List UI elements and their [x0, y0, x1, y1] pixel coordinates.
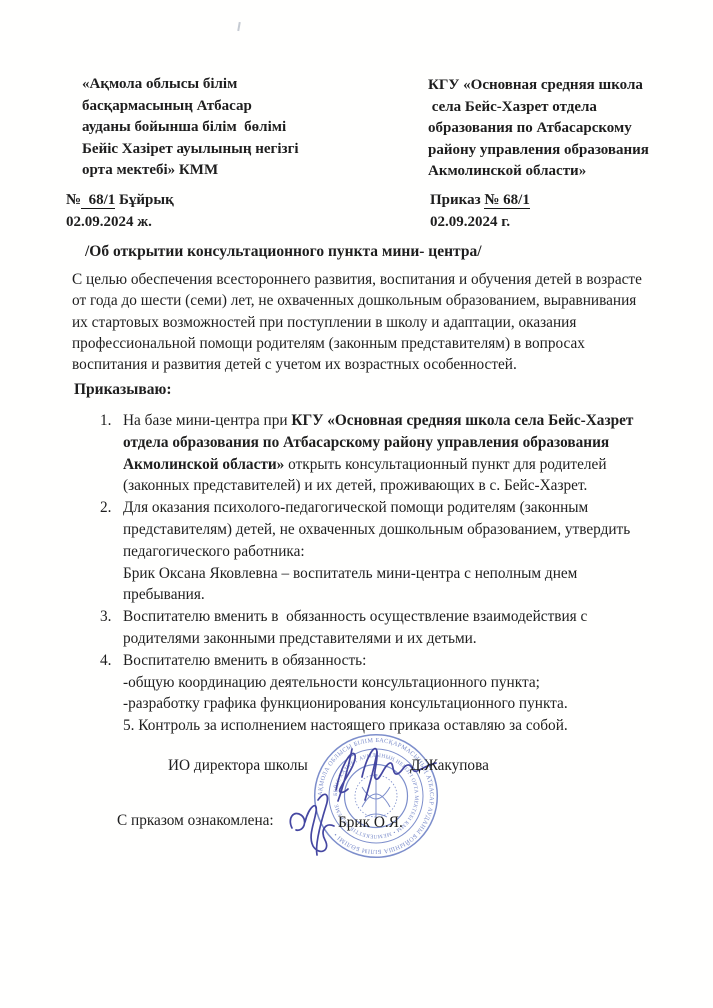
item-number: 2. — [100, 497, 123, 606]
order-item: 3.Воспитателю вменить в обязанность осущ… — [100, 606, 680, 650]
order-title: /Об открытии консультационного пункта ми… — [85, 243, 482, 261]
text-line: Воспитателю вменить в обязанность: — [123, 650, 680, 672]
order-date-ru: 02.09.2024 г. — [430, 212, 530, 234]
handwritten-signatures — [270, 715, 450, 875]
text-line: родителями законными представителями и и… — [123, 628, 680, 650]
order-item: 4.Воспитателю вменить в обязанность:-общ… — [100, 650, 680, 737]
order-word-kk: Бұйрық — [115, 192, 174, 208]
text-line: С целью обеспечения всестороннего развит… — [72, 269, 692, 290]
text-line: Акмолинской области» — [428, 161, 688, 183]
text-line: представителям) детей, не охваченных дош… — [123, 519, 680, 541]
text-line: пребывания. — [123, 584, 680, 606]
order-word-ru: Приказ — [430, 192, 484, 208]
text-line: Брик Оксана Яковлевна – воспитатель мини… — [123, 563, 680, 585]
director-signature-label: ИО директора школы — [168, 757, 308, 775]
text-line: (законных представителей) и их детей, пр… — [123, 475, 680, 497]
text-line: педагогического работника: — [123, 541, 680, 563]
order-number-line-ru: Приказ № 68/1 — [430, 190, 530, 212]
org-name-russian: КГУ «Основная средняя школа села Бейс-Ха… — [428, 75, 688, 183]
item-text: Воспитателю вменить в обязанность:-общую… — [123, 650, 680, 737]
scan-artifact-mark — [237, 22, 241, 31]
text-line: Бейіс Хазірет ауылының негізгі — [82, 139, 372, 161]
svg-text:АҚМОЛА ОБЛЫСЫ БІЛІМ БАСҚАРМАСЫ: АҚМОЛА ОБЛЫСЫ БІЛІМ БАСҚАРМАСЫНЫҢ АТБАСА… — [317, 737, 435, 855]
order-number-russian: Приказ № 68/1 02.09.2024 г. — [430, 190, 530, 233]
order-items: 1.На базе мини-центра при КГУ «Основная … — [100, 410, 680, 737]
text-line: воспитания и развития детей с учетом их … — [72, 354, 692, 375]
text-line: села Бейс-Хазрет отдела — [428, 97, 688, 119]
text-line: ауданы бойынша білім бөлімі — [82, 117, 372, 139]
numero-sign: № — [66, 192, 81, 208]
text-line: Акмолинской области» открыть консультаци… — [123, 454, 680, 476]
text-line: 5. Контроль за исполнением настоящего пр… — [123, 715, 680, 737]
text-line: профессиональной помощи родителям (закон… — [72, 333, 692, 354]
text-line: отдела образования по Атбасарскому район… — [123, 432, 680, 454]
item-text: Для оказания психолого-педагогической по… — [123, 497, 680, 606]
acknowledgement-signature-icon — [290, 794, 334, 855]
text-line: КГУ «Основная средняя школа — [428, 75, 688, 97]
order-number-kazakh: № 68/1 Бұйрық 02.09.2024 ж. — [66, 190, 174, 233]
text-line: Воспитателю вменить в обязанность осущес… — [123, 606, 680, 628]
item-text: Воспитателю вменить в обязанность осущес… — [123, 606, 680, 650]
intro-paragraph: С целью обеспечения всестороннего развит… — [72, 269, 692, 375]
item-number: 4. — [100, 650, 123, 737]
text-line: «Ақмола облысы білім — [82, 74, 372, 96]
text-line: от года до шести (семи) лет, не охваченн… — [72, 290, 692, 311]
order-date-kk: 02.09.2024 ж. — [66, 212, 174, 234]
stamp-outer-ring-text: АҚМОЛА ОБЛЫСЫ БІЛІМ БАСҚАРМАСЫНЫҢ АТБАСА… — [317, 737, 435, 855]
text-line: -разработку графика функционирования кон… — [123, 693, 680, 715]
order-item: 2.Для оказания психолого-педагогической … — [100, 497, 680, 606]
order-number-value-kk: 68/1 — [81, 192, 115, 209]
acknowledgement-label: С прказом ознакомлена: — [117, 812, 274, 830]
text-line: орта мектебі» КММ — [82, 160, 372, 182]
order-number-line-kk: № 68/1 Бұйрық — [66, 190, 174, 212]
text-line: -общую координацию деятельности консульт… — [123, 672, 680, 694]
order-verb: Приказываю: — [74, 381, 172, 399]
text-line: образования по Атбасарскому — [428, 118, 688, 140]
text-line: району управления образования — [428, 140, 688, 162]
text-line: Для оказания психолого-педагогической по… — [123, 497, 680, 519]
official-stamp-icon: АҚМОЛА ОБЛЫСЫ БІЛІМ БАСҚАРМАСЫНЫҢ АТБАСА… — [313, 733, 439, 859]
item-number: 3. — [100, 606, 123, 650]
document-page: «Ақмола облысы білімбасқармасының Атбаса… — [0, 0, 713, 1008]
item-text: На базе мини-центра при КГУ «Основная ср… — [123, 410, 680, 497]
text-line: их стартовых возможностей при поступлени… — [72, 312, 692, 333]
text-line: На базе мини-центра при КГУ «Основная ср… — [123, 410, 680, 432]
text-line: басқармасының Атбасар — [82, 96, 372, 118]
order-number-value-ru: № 68/1 — [484, 192, 530, 209]
order-item: 1.На базе мини-центра при КГУ «Основная … — [100, 410, 680, 497]
org-name-kazakh: «Ақмола облысы білімбасқармасының Атбаса… — [82, 74, 372, 182]
director-signature-name: Д.Жакупова — [410, 757, 489, 775]
item-number: 1. — [100, 410, 123, 497]
acknowledgement-name: Брик О.Я. — [338, 814, 403, 832]
